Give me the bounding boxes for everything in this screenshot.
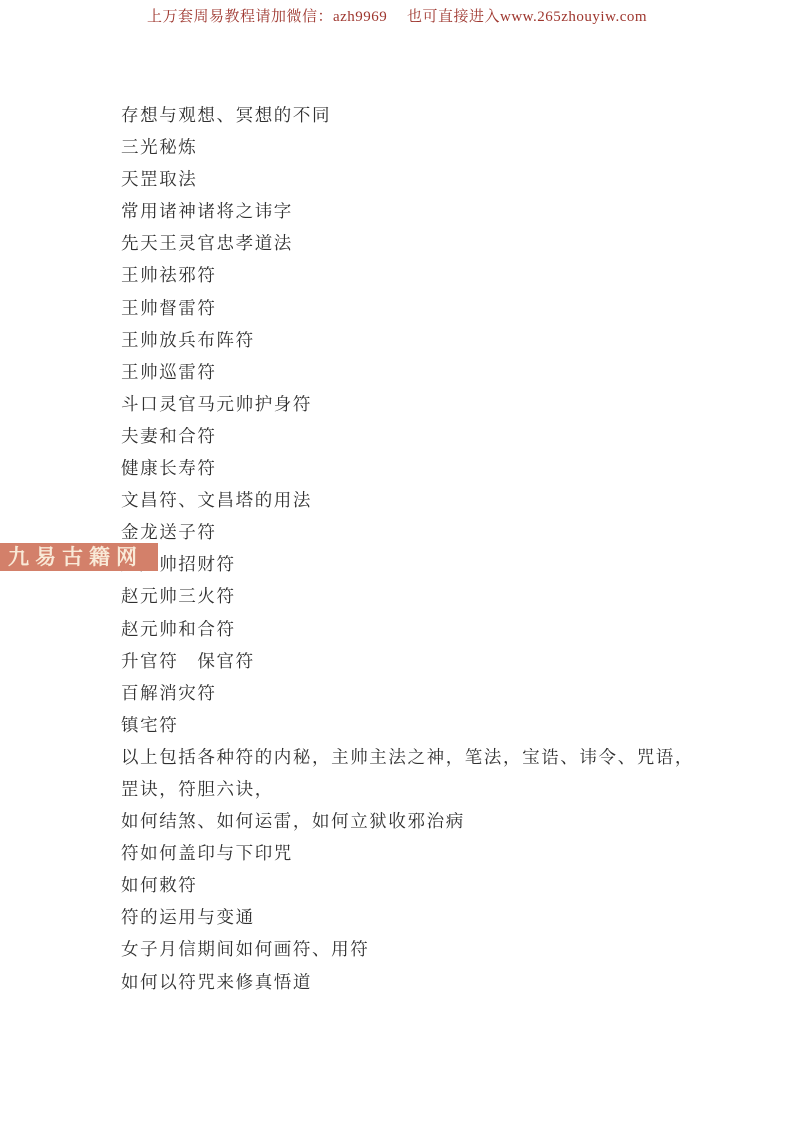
toc-line: 如何结煞、如何运雷，如何立狱收邪治病 <box>121 805 744 837</box>
toc-line: 以上包括各种符的内秘，主帅主法之神，笔法，宝诰、讳令、咒语， <box>121 741 744 773</box>
toc-line: 天罡取法 <box>121 163 744 195</box>
toc-line: 镇宅符 <box>121 709 744 741</box>
table-of-contents-list: 存想与观想、冥想的不同三光秘炼天罡取法常用诸神诸将之讳字先天王灵官忠孝道法王帅祛… <box>121 99 744 998</box>
toc-line: 先天王灵官忠孝道法 <box>121 227 744 259</box>
toc-line: 王帅祛邪符 <box>121 259 744 291</box>
document-page: 上万套周易教程请加微信：azh9969 也可直接进入www.265zhouyiw… <box>0 0 794 1123</box>
toc-line: 王帅督雷符 <box>121 292 744 324</box>
toc-line: 王帅巡雷符 <box>121 356 744 388</box>
toc-line: 夫妻和合符 <box>121 420 744 452</box>
toc-line: 存想与观想、冥想的不同 <box>121 99 744 131</box>
toc-line: 罡诀，符胆六诀， <box>121 773 744 805</box>
toc-line: 赵元帅和合符 <box>121 613 744 645</box>
page-header-promo-text: 上万套周易教程请加微信：azh9969 也可直接进入www.265zhouyiw… <box>0 5 794 26</box>
toc-line: 王帅放兵布阵符 <box>121 324 744 356</box>
watermark-badge: 九易古籍网 <box>0 543 158 571</box>
toc-line: 如何敕符 <box>121 869 744 901</box>
toc-line: 斗口灵官马元帅护身符 <box>121 388 744 420</box>
toc-line: 如何以符咒来修真悟道 <box>121 966 744 998</box>
toc-line: 符的运用与变通 <box>121 901 744 933</box>
toc-line: 符如何盖印与下印咒 <box>121 837 744 869</box>
toc-line: 升官符 保官符 <box>121 645 744 677</box>
toc-line: 三光秘炼 <box>121 131 744 163</box>
toc-line: 赵元帅三火符 <box>121 580 744 612</box>
toc-line: 百解消灾符 <box>121 677 744 709</box>
toc-line: 女子月信期间如何画符、用符 <box>121 933 744 965</box>
toc-line: 常用诸神诸将之讳字 <box>121 195 744 227</box>
toc-line: 金龙送子符 <box>121 516 744 548</box>
toc-line: 健康长寿符 <box>121 452 744 484</box>
toc-line: 文昌符、文昌塔的用法 <box>121 484 744 516</box>
toc-line: 赵元帅招财符 <box>121 548 744 580</box>
